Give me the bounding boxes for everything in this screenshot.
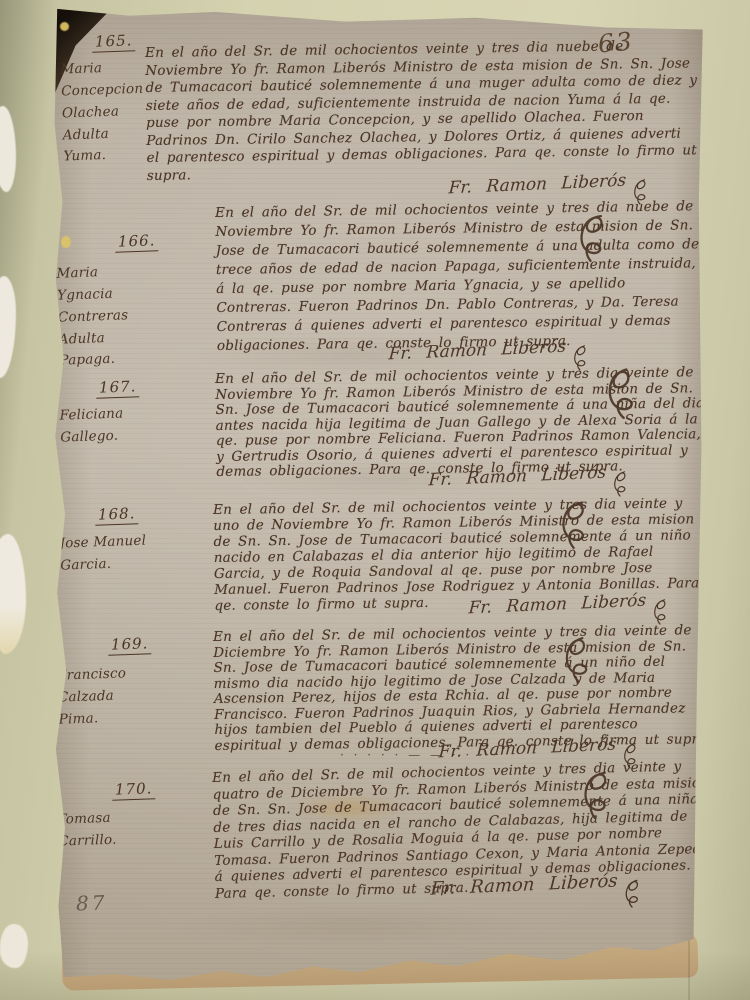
entry-number: 168. (95, 504, 139, 526)
torn-edge-patch (0, 534, 26, 654)
rubric-icon (557, 631, 595, 688)
mat-crease-line (688, 930, 690, 1000)
rubric-icon (553, 495, 594, 555)
rubric-icon (569, 207, 613, 269)
rubric-icon (598, 363, 642, 426)
entry-margin-name: Maria Ygnacia Contreras Adulta Papaga. (56, 260, 156, 373)
entry-margin-name: Francisco Calzada Pima. (57, 662, 155, 731)
page-number-pencil: 87 (76, 890, 108, 915)
entry-number: 167. (96, 377, 140, 399)
entry-number: 166. (115, 231, 159, 253)
torn-edge-patch (0, 924, 28, 968)
entry-number: 165. (92, 31, 136, 53)
paper-speck (60, 22, 69, 31)
entry-margin-name: Tomasa Carrillo. (57, 806, 154, 853)
register-page: 63 87 165. Maria Concepcion Olachea Adul… (52, 6, 704, 984)
manuscript-photo: 63 87 165. Maria Concepcion Olachea Adul… (0, 0, 750, 1000)
entry-body-text: En el año del Sr. de mil ochocientos vei… (215, 197, 707, 356)
entry-margin-name: Maria Concepcion Olachea Adulta Yuma. (60, 57, 150, 169)
torn-edge-patch (0, 276, 16, 378)
signature: Fr. Ramon Liberós (429, 869, 644, 920)
torn-edge-patch (0, 106, 16, 192)
entry-number: 170. (112, 779, 156, 801)
entry-number: 169. (108, 634, 152, 656)
rubric-icon (620, 875, 644, 912)
rubric-icon (574, 764, 617, 825)
entry-body-text: En el año del Sr. de mil ochocientos vei… (145, 37, 699, 185)
paper-speck (61, 236, 71, 248)
entry-margin-name: Jose Manuel Garcia. (59, 530, 152, 577)
entry-margin-name: Feliciana Gallego. (59, 402, 156, 449)
